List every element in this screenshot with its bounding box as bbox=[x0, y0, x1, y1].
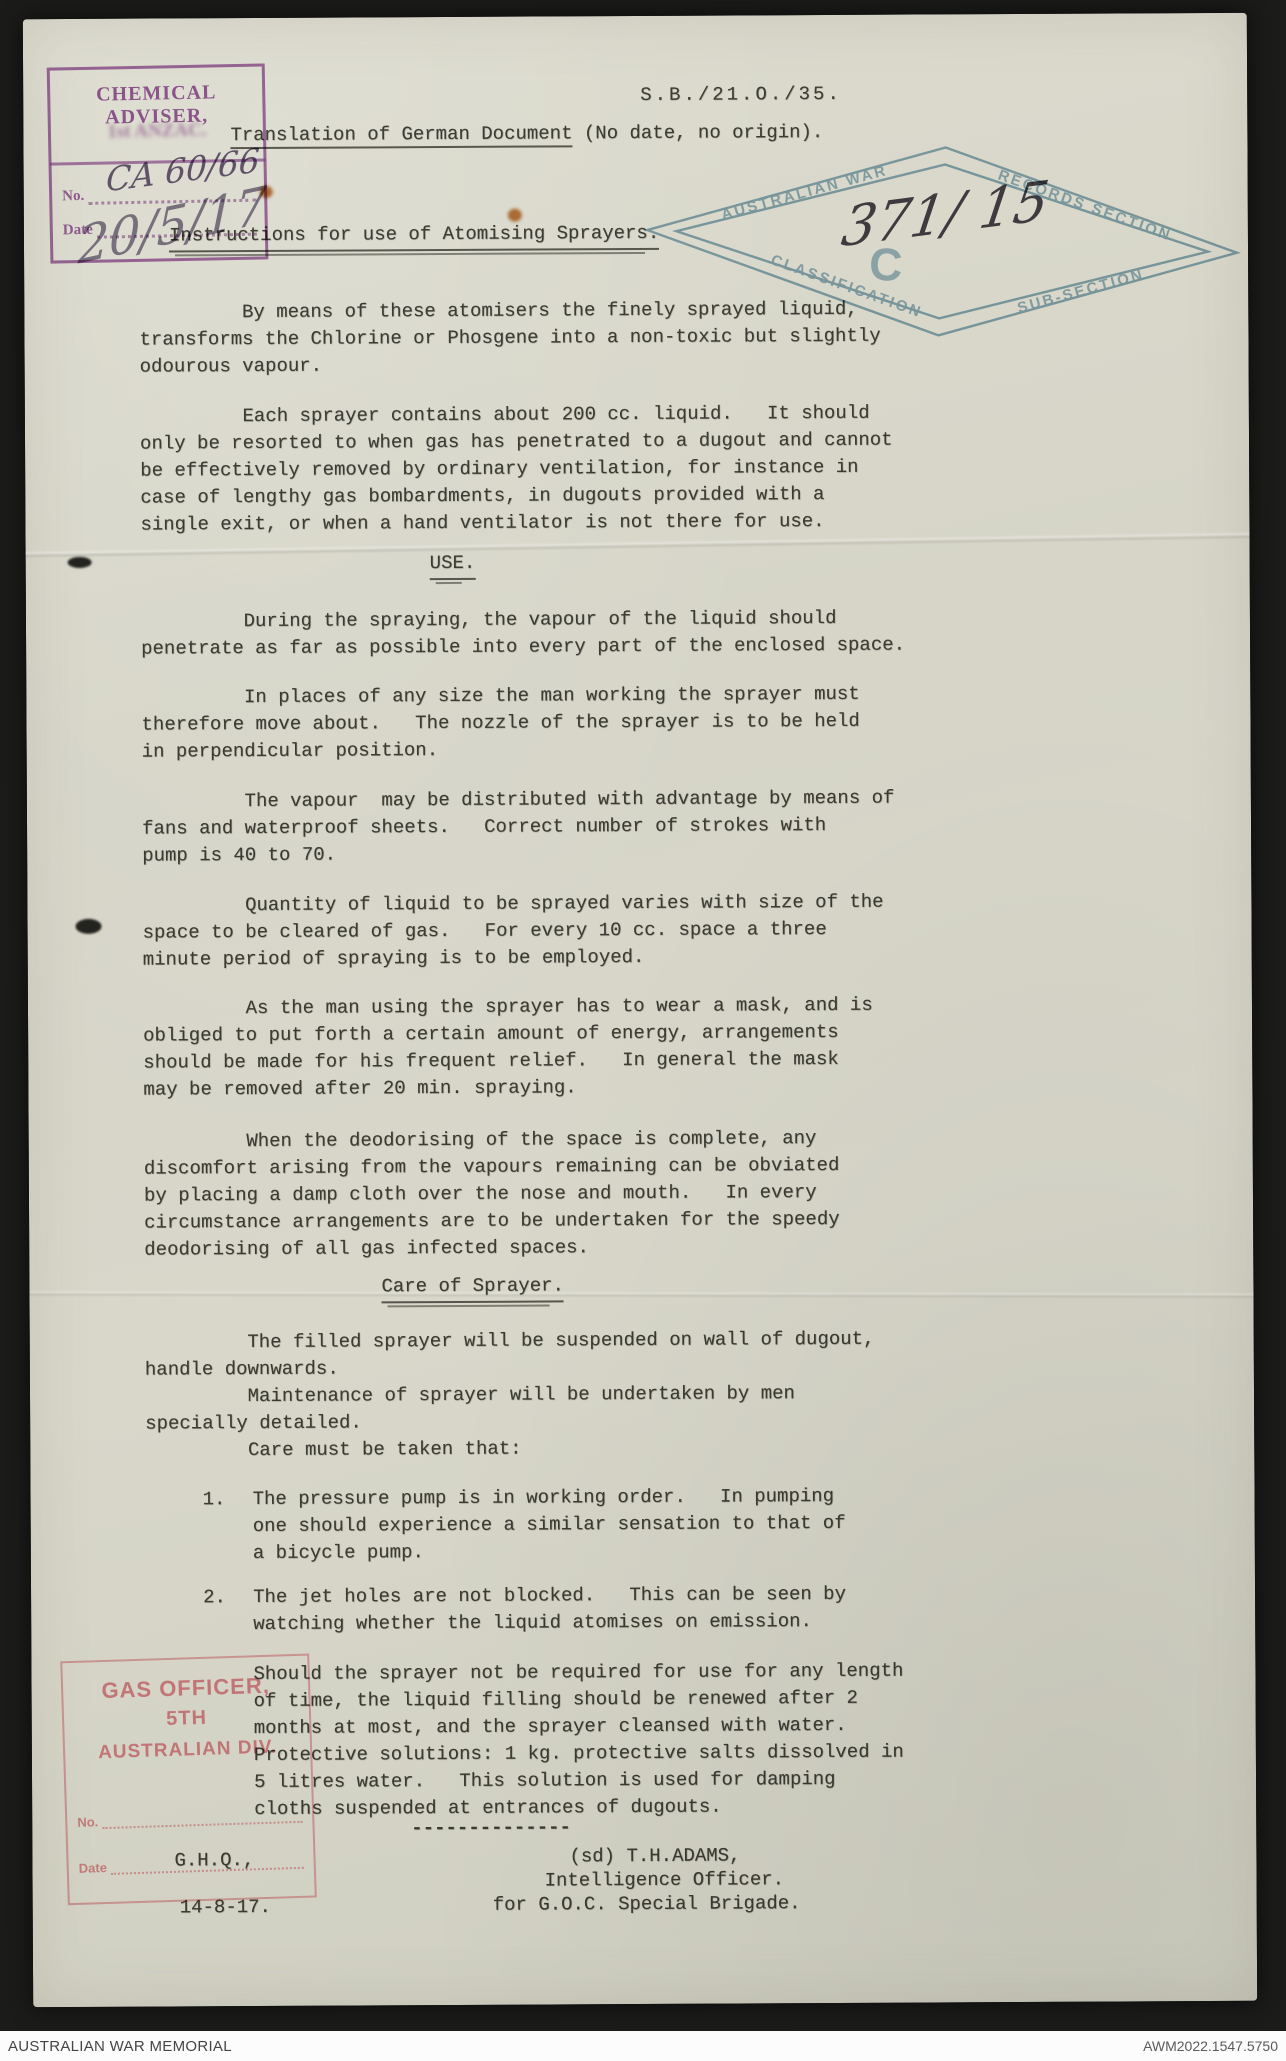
reference-number: S.B./21.O./35. bbox=[640, 81, 842, 109]
paragraph-6: Quantity of liquid to be sprayed varies … bbox=[142, 889, 884, 974]
text-line: The vapour may be distributed with advan… bbox=[142, 785, 895, 816]
archive-item-id: AWM2022.1547.5750 bbox=[1143, 2038, 1278, 2054]
document-title-underlined: Translation of German Document bbox=[230, 122, 572, 149]
paragraph-4: In places of any size the man working th… bbox=[141, 681, 860, 766]
text-line: Maintenance of sprayer will be undertake… bbox=[145, 1380, 875, 1411]
stamp-no-row: No. bbox=[77, 1808, 302, 1830]
paragraph-5: The vapour may be distributed with advan… bbox=[142, 785, 895, 870]
signature-for: for G.O.C. Special Brigade. bbox=[493, 1890, 801, 1919]
text-line: be effectively removed by ordinary venti… bbox=[140, 454, 893, 485]
dotted-leader bbox=[111, 1857, 304, 1875]
text-line: deodorising of all gas infected spaces. bbox=[144, 1233, 840, 1264]
text-line: specially detailed. bbox=[145, 1407, 875, 1438]
text-line: may be removed after 20 min. spraying. bbox=[143, 1073, 873, 1104]
text-line: penetrate as far as possible into every … bbox=[141, 632, 905, 663]
text-line: When the deodorising of the space is com… bbox=[144, 1125, 840, 1156]
stamp-no-label: No. bbox=[62, 188, 84, 205]
paragraph-1: By means of these atomisers the finely s… bbox=[139, 296, 881, 381]
paper-hole bbox=[76, 919, 102, 934]
text-line: a bicycle pump. bbox=[253, 1537, 846, 1567]
text-line: 5 litres water. This solution is used fo… bbox=[254, 1766, 904, 1796]
archive-name: AUSTRALIAN WAR MEMORIAL bbox=[8, 2038, 232, 2055]
text-line: During the spraying, the vapour of the l… bbox=[141, 605, 905, 636]
document-title-suffix: (No date, no origin). bbox=[572, 121, 823, 144]
text-line: fans and waterproof sheets. Correct numb… bbox=[142, 812, 895, 843]
text-line: The jet holes are not blocked. This can … bbox=[253, 1581, 846, 1611]
list-number-2: 2. bbox=[203, 1584, 226, 1611]
text-line: Quantity of liquid to be sprayed varies … bbox=[142, 889, 883, 920]
text-line: By means of these atomisers the finely s… bbox=[139, 296, 880, 327]
text-line: space to be cleared of gas. For every 10… bbox=[143, 916, 884, 947]
text-line: cloths suspended at entrances of dugouts… bbox=[254, 1793, 904, 1823]
text-line: should be made for his frequent relief. … bbox=[143, 1046, 873, 1077]
text-line: single exit, or when a hand ventilator i… bbox=[140, 508, 893, 539]
text-line: only be resorted to when gas has penetra… bbox=[140, 427, 893, 458]
document-subtitle: Instructions for use of Atomising Spraye… bbox=[169, 220, 659, 253]
text-line: of time, the liquid filling should be re… bbox=[254, 1685, 904, 1715]
section-heading-care: Care of Sprayer. bbox=[381, 1272, 564, 1303]
text-line: The pressure pump is in working order. I… bbox=[252, 1483, 845, 1513]
stamp-line: GAS OFFICER, bbox=[63, 1672, 309, 1706]
text-line: minute period of spraying is to be emplo… bbox=[143, 943, 884, 974]
text-line: odourous vapour. bbox=[140, 350, 881, 381]
text-line: handle downwards. bbox=[145, 1353, 875, 1384]
section-heading-use: USE. bbox=[430, 550, 476, 580]
stamp-edge-text: SUB-SECTION bbox=[1016, 266, 1147, 317]
text-line: obliged to put forth a certain amount of… bbox=[143, 1019, 873, 1050]
document-page: CHEMICAL ADVISER, 1st ANZAC. No. Date CA… bbox=[23, 13, 1257, 2007]
text-line: circumstance arrangements are to be unde… bbox=[144, 1206, 840, 1237]
text-line: watching whether the liquid atomises on … bbox=[253, 1608, 846, 1638]
scan-background: CHEMICAL ADVISER, 1st ANZAC. No. Date CA… bbox=[0, 0, 1286, 2061]
text-line: The filled sprayer will be suspended on … bbox=[145, 1326, 875, 1357]
dotted-leader bbox=[102, 1811, 302, 1829]
heading-underlined: USE. bbox=[430, 550, 476, 580]
archive-caption-bar: AUSTRALIAN WAR MEMORIAL AWM2022.1547.575… bbox=[0, 2031, 1286, 2061]
text-line: In places of any size the man working th… bbox=[141, 681, 859, 712]
text-line: one should experience a similar sensatio… bbox=[253, 1510, 846, 1540]
text-line: Each sprayer contains about 200 cc. liqu… bbox=[140, 400, 893, 431]
text-line: months at most, and the sprayer cleansed… bbox=[254, 1712, 904, 1742]
list-number-1: 1. bbox=[202, 1486, 225, 1513]
text-line: Should the sprayer not be required for u… bbox=[253, 1658, 903, 1688]
paragraph-8: When the deodorising of the space is com… bbox=[144, 1125, 840, 1264]
paragraph-10: Should the sprayer not be required for u… bbox=[253, 1658, 904, 1823]
paper-crease bbox=[29, 1290, 1253, 1299]
paragraph-3: During the spraying, the vapour of the l… bbox=[141, 605, 905, 663]
paragraph-7: As the man using the sprayer has to wear… bbox=[143, 992, 873, 1104]
text-line: As the man using the sprayer has to wear… bbox=[143, 992, 873, 1023]
list-item-1: The pressure pump is in working order. I… bbox=[252, 1483, 845, 1567]
subtitle-underlined: Instructions for use of Atomising Spraye… bbox=[169, 220, 659, 253]
text-line: transforms the Chlorine or Phosgene into… bbox=[139, 323, 880, 354]
stamp-date-label: Date bbox=[79, 1860, 108, 1876]
gas-officer-stamp: GAS OFFICER, 5TH AUSTRALIAN DIV. No. Dat… bbox=[60, 1654, 317, 1906]
stamp-no-label: No. bbox=[77, 1814, 98, 1830]
paragraph-9: The filled sprayer will be suspended on … bbox=[145, 1326, 875, 1465]
stamp-date-row: Date bbox=[79, 1854, 304, 1876]
text-line: in perpendicular position. bbox=[142, 735, 860, 766]
text-line: discomfort arising from the vapours rema… bbox=[144, 1152, 840, 1183]
text-line: Care must be taken that: bbox=[145, 1434, 875, 1465]
stamp-line: AUSTRALIAN DIV. bbox=[65, 1736, 311, 1766]
heading-underlined: Care of Sprayer. bbox=[381, 1272, 564, 1303]
text-line: therefore move about. The nozzle of the … bbox=[141, 708, 859, 739]
text-line: pump is 40 to 70. bbox=[142, 839, 895, 870]
document-title: Translation of German Document (No date,… bbox=[230, 119, 823, 149]
text-line: Protective solutions: 1 kg. protective s… bbox=[254, 1739, 904, 1769]
list-item-2: The jet holes are not blocked. This can … bbox=[253, 1581, 846, 1638]
dashed-separator: -------------- bbox=[411, 1814, 571, 1842]
stamp-line: 5TH bbox=[64, 1704, 310, 1735]
text-line: by placing a damp cloth over the nose an… bbox=[144, 1179, 840, 1210]
paper-hole bbox=[68, 557, 92, 568]
text-line: case of lengthy gas bombardments, in dug… bbox=[140, 481, 893, 512]
paragraph-2: Each sprayer contains about 200 cc. liqu… bbox=[140, 400, 893, 539]
